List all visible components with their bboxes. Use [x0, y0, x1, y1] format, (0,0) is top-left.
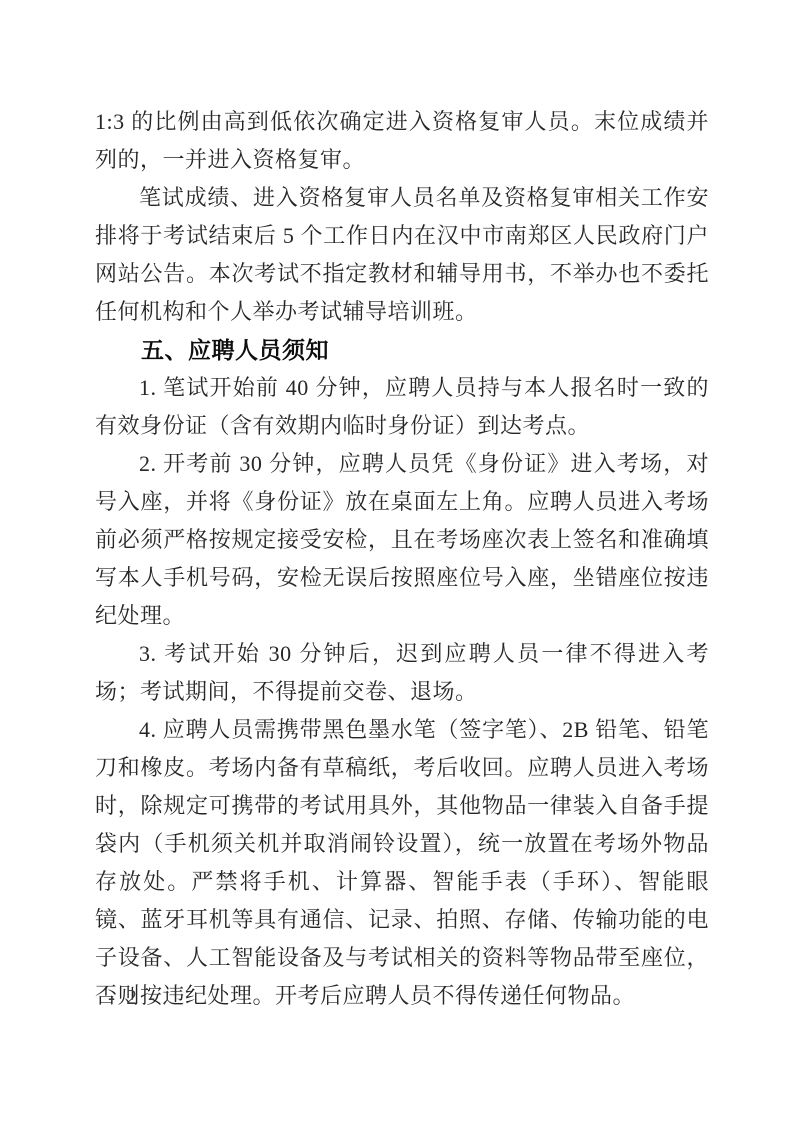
notice-item-3: 3. 考试开始 30 分钟后，迟到应聘人员一律不得进入考场；考试期间，不得提前交…: [95, 635, 709, 711]
paragraph-announcement: 笔试成绩、进入资格复审人员名单及资格复审相关工作安排将于考试结束后 5 个工作日…: [95, 179, 709, 331]
document-body: 1:3 的比例由高到低依次确定进入资格复审人员。末位成绩并列的，一并进入资格复审…: [95, 103, 709, 1015]
notice-item-1: 1. 笔试开始前 40 分钟，应聘人员持与本人报名时一致的有效身份证（含有效期内…: [95, 369, 709, 445]
paragraph-continuation: 1:3 的比例由高到低依次确定进入资格复审人员。末位成绩并列的，一并进入资格复审…: [95, 103, 709, 179]
section-heading: 五、应聘人员须知: [95, 331, 709, 369]
notice-item-4: 4. 应聘人员需携带黑色墨水笔（签字笔）、2B 铅笔、铅笔刀和橡皮。考场内备有草…: [95, 711, 709, 1015]
page-number: - 2 -: [108, 984, 158, 1010]
document-page: 1:3 的比例由高到低依次确定进入资格复审人员。末位成绩并列的，一并进入资格复审…: [0, 0, 792, 1121]
notice-item-2: 2. 开考前 30 分钟，应聘人员凭《身份证》进入考场，对号入座，并将《身份证》…: [95, 445, 709, 635]
